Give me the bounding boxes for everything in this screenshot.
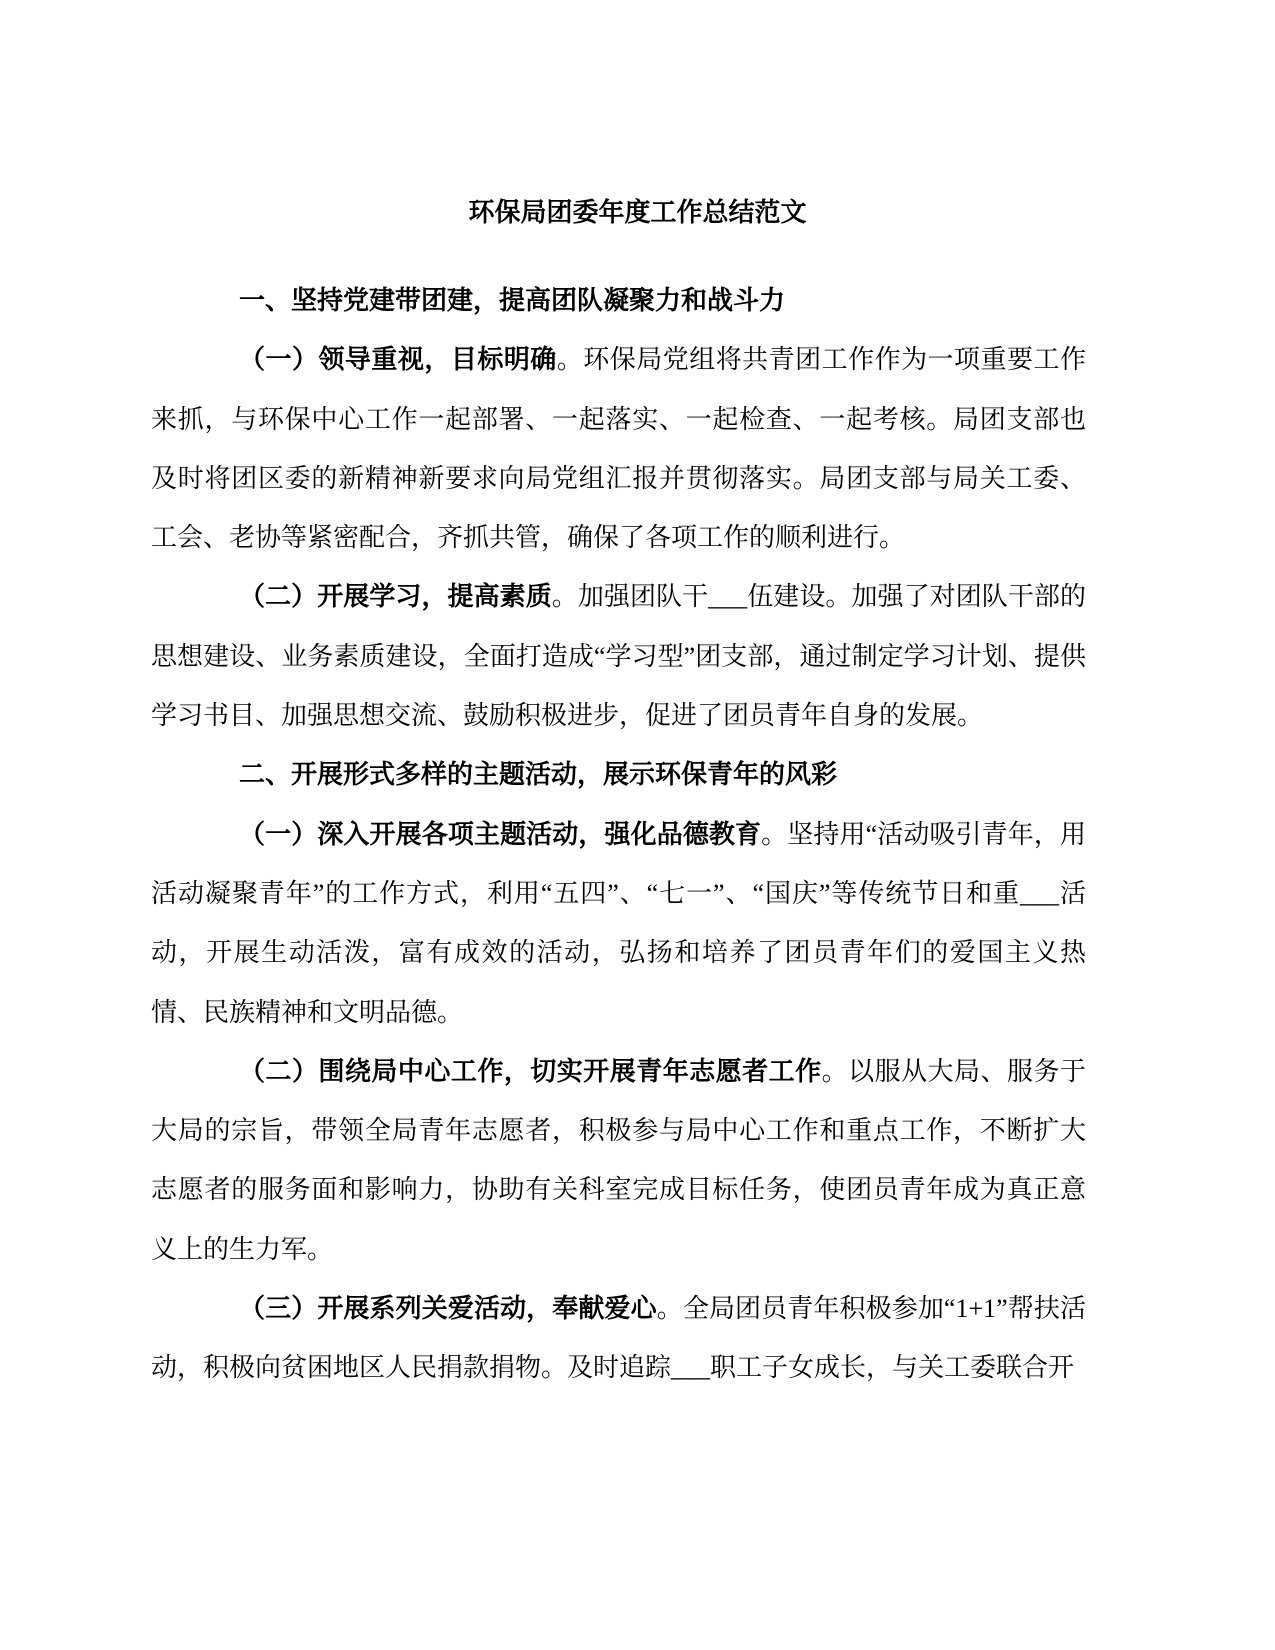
paragraph-3-text: 。坚持用“活动吸引青年，用活动凝聚青年”的工作方式，利用“五四”、“七一”、“国…	[151, 820, 1086, 1027]
section-heading-2: 二、开展形式多样的主题活动，展示环保青年的风彩	[151, 745, 1086, 804]
paragraph-1: （一）领导重视，目标明确。环保局党组将共青团工作作为一项重要工作来抓，与环保中心…	[151, 330, 1086, 567]
paragraph-1-text: 。环保局党组将共青团工作作为一项重要工作来抓，与环保中心工作一起部署、一起落实、…	[151, 345, 1086, 552]
paragraph-3: （一）深入开展各项主题活动，强化品德教育。坚持用“活动吸引青年，用活动凝聚青年”…	[151, 805, 1086, 1042]
paragraph-4-lead: （二）围绕局中心工作，切实开展青年志愿者工作	[239, 1057, 822, 1086]
paragraph-2-lead: （二）开展学习，提高素质	[239, 582, 552, 611]
document-title: 环保局团委年度工作总结范文	[0, 183, 1275, 242]
paragraph-1-lead: （一）领导重视，目标明确	[239, 345, 557, 374]
document-body: 一、坚持党建带团建，提高团队凝聚力和战斗力 （一）领导重视，目标明确。环保局党组…	[151, 271, 1086, 1398]
section-heading-1: 一、坚持党建带团建，提高团队凝聚力和战斗力	[151, 271, 1086, 330]
paragraph-5-lead: （三）开展系列关爱活动，奉献爱心	[239, 1294, 657, 1323]
document-page: 环保局团委年度工作总结范文 一、坚持党建带团建，提高团队凝聚力和战斗力 （一）领…	[0, 0, 1275, 1650]
paragraph-5: （三）开展系列关爱活动，奉献爱心。全局团员青年积极参加“1+1”帮扶活动，积极向…	[151, 1279, 1086, 1398]
paragraph-4-text: 。以服从大局、服务于大局的宗旨，带领全局青年志愿者，积极参与局中心工作和重点工作…	[151, 1057, 1086, 1264]
paragraph-4: （二）围绕局中心工作，切实开展青年志愿者工作。以服从大局、服务于大局的宗旨，带领…	[151, 1042, 1086, 1279]
paragraph-3-lead: （一）深入开展各项主题活动，强化品德教育	[239, 820, 761, 849]
paragraph-2: （二）开展学习，提高素质。加强团队干___伍建设。加强了对团队干部的思想建设、业…	[151, 567, 1086, 745]
